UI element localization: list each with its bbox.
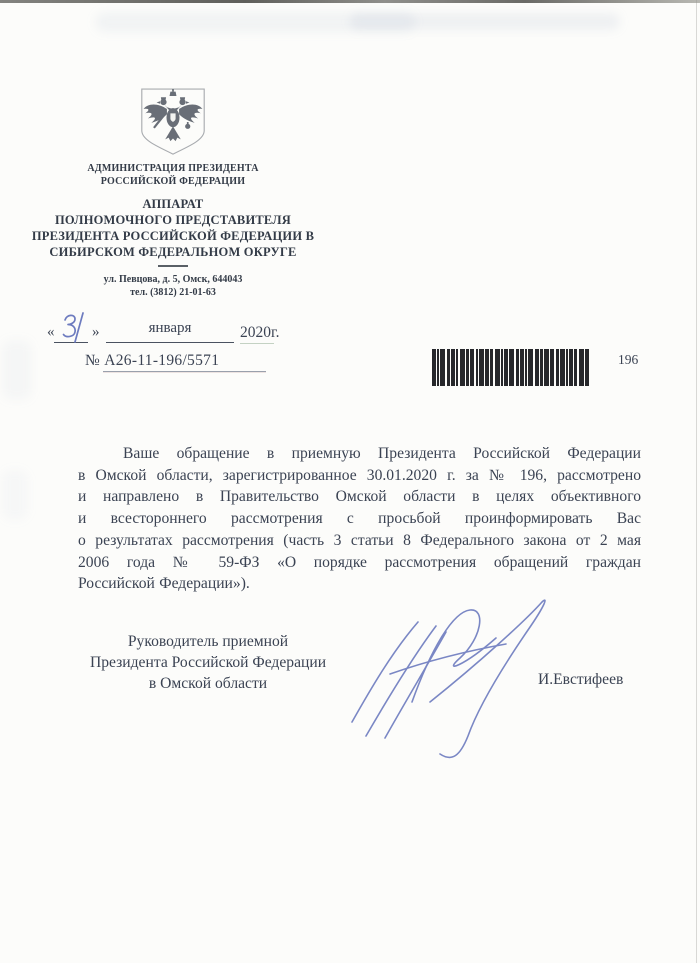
reference-number-underline	[103, 371, 266, 372]
reference-number: № А26-11-196/5571	[85, 352, 219, 370]
org-name-line2: РОССИЙСКОЙ ФЕДЕРАЦИИ	[25, 176, 321, 189]
signatory-name: И.Евстифеев	[538, 671, 623, 689]
signatory-title: Руководитель приемной Президента Российс…	[82, 631, 334, 694]
body-paragraph: Ваше обращение в приемную Президента Рос…	[78, 443, 641, 595]
letterhead-divider	[158, 265, 188, 267]
address-line2: тел. (3812) 21-01-63	[25, 286, 321, 299]
date-month: января	[106, 320, 234, 343]
signatory-title-line2: Президента Российской Федерации	[82, 652, 334, 673]
registration-barcode	[432, 349, 600, 386]
address-line1: ул. Певцова, д. 5, Омск, 644043	[25, 273, 321, 286]
letterhead: АДМИНИСТРАЦИЯ ПРЕЗИДЕНТА РОССИЙСКОЙ ФЕДЕ…	[25, 84, 321, 299]
dept-name-line3: ПРЕЗИДЕНТА РОССИЙСКОЙ ФЕДЕРАЦИИ В	[25, 228, 321, 244]
date-year: 2020г.	[240, 324, 279, 342]
scan-edge-right	[696, 0, 697, 963]
body-line: о результатах рассмотрения (часть 3 стат…	[78, 530, 641, 552]
body-line: и всестороннего рассмотрения с просьбой …	[78, 508, 641, 530]
handwritten-signature	[330, 590, 565, 765]
org-name-line1: АДМИНИСТРАЦИЯ ПРЕЗИДЕНТА	[25, 163, 321, 176]
date-close-quote: »	[92, 324, 100, 341]
dept-name-line1: АППАРАТ	[25, 196, 321, 212]
dept-name-line2: ПОЛНОМОЧНОГО ПРЕДСТАВИТЕЛЯ	[25, 212, 321, 228]
body-line: и направлено в Правительство Омской обла…	[78, 486, 641, 508]
signatory-title-line1: Руководитель приемной	[82, 631, 334, 652]
body-line: 2006 года № 59-ФЗ «О порядке рассмотрени…	[78, 552, 641, 574]
handwritten-day	[55, 309, 91, 345]
body-line: Ваше обращение в приемную Президента Рос…	[78, 443, 641, 465]
coat-of-arms-icon	[134, 84, 212, 160]
signatory-title-line3: в Омской области	[82, 673, 334, 694]
date-year-underline	[240, 343, 274, 344]
scan-edge-artifact	[0, 0, 700, 3]
bleedthrough-smudge	[2, 340, 32, 400]
dept-name-line4: СИБИРСКОМ ФЕДЕРАЛЬНОМ ОКРУГЕ	[25, 244, 321, 260]
body-line: в Омской области, зарегистрированное 30.…	[78, 465, 641, 487]
scanned-letter-page: АДМИНИСТРАЦИЯ ПРЕЗИДЕНТА РОССИЙСКОЙ ФЕДЕ…	[0, 0, 700, 963]
barcode-number: 196	[618, 352, 638, 368]
bleedthrough-smudge	[350, 13, 620, 30]
bleedthrough-smudge	[2, 470, 28, 520]
